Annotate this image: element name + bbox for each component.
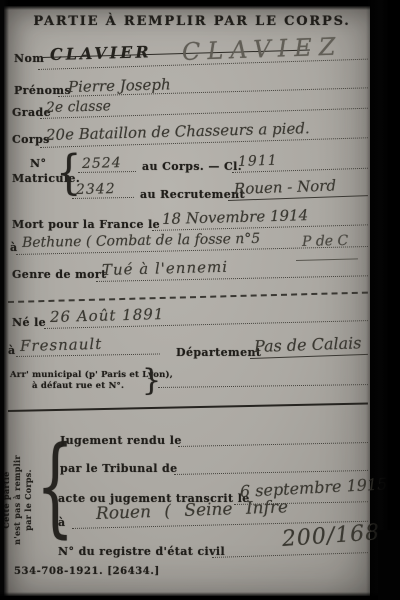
grade-value: 2e classe [46,98,111,116]
printer-imprint: 534-708-1921. [26434.] [14,566,160,577]
sidenote-line2: n'est pas à remplir [12,441,23,559]
sidenote-not-for-corps: Cette partie n'est pas à remplir par le … [1,441,37,559]
genre-mort-label: Genre de mort [12,268,107,281]
genre-mort-value: Tué à l'ennemi [102,258,228,279]
ne-lieu-value: Fresnault [20,335,103,355]
scan-edge-right [366,0,400,600]
tribunal-label: par le Tribunal de [60,462,178,475]
mort-label: Mort pour la France le [12,218,160,231]
departement-value: Pas de Calais [254,333,362,356]
bottom-section-brace: { [36,433,74,541]
nom-struck-value: CLAVIER [50,42,152,64]
ne-le-label: Né le [12,316,46,329]
sidenote-line3: par le Corps. [23,441,34,559]
matricule-classe-value: 1911 [238,153,278,170]
ne-lieu-label: à [8,344,16,357]
mort-lieu-dept-abbr: P de C [302,233,349,250]
form-title: PARTIE À REMPLIR PAR LE CORPS. [22,14,362,29]
matricule-corps-number: 2524 [82,155,122,172]
jugement-label: Jugement rendu le [60,434,182,447]
sidenote-line1: Cette partie [1,441,12,559]
matricule-recrutement-number: 2342 [76,181,116,198]
mort-date-value: 18 Novembre 1914 [162,206,309,228]
arrondissement-brace: } [142,366,161,396]
transcrit-lieu-label: à [58,516,66,529]
nom-corrected-value: CLAVIEZ [182,32,343,66]
departement-label: Département [176,346,261,359]
nom-label: Nom [14,52,44,65]
matricule-corps-label: au Corps. — Cl. [142,160,242,173]
mort-lieu-label: à [10,241,18,254]
arrondissement-label-line2: à défaut rue et N°. [32,381,124,391]
registre-label: N° du registre d'état civil [58,545,225,558]
scanned-military-death-record: PARTIE À REMPLIR PAR LE CORPS. Nom CLAVI… [0,0,400,600]
matricule-no-label: N° [30,157,46,170]
corps-label: Corps [12,133,50,146]
ne-le-value: 26 Août 1891 [50,305,165,326]
matricule-recrutement-value: Rouen - Nord [234,176,337,198]
prenoms-value: Pierre Joseph [68,75,171,96]
scan-corner-bottom-right [378,530,400,600]
